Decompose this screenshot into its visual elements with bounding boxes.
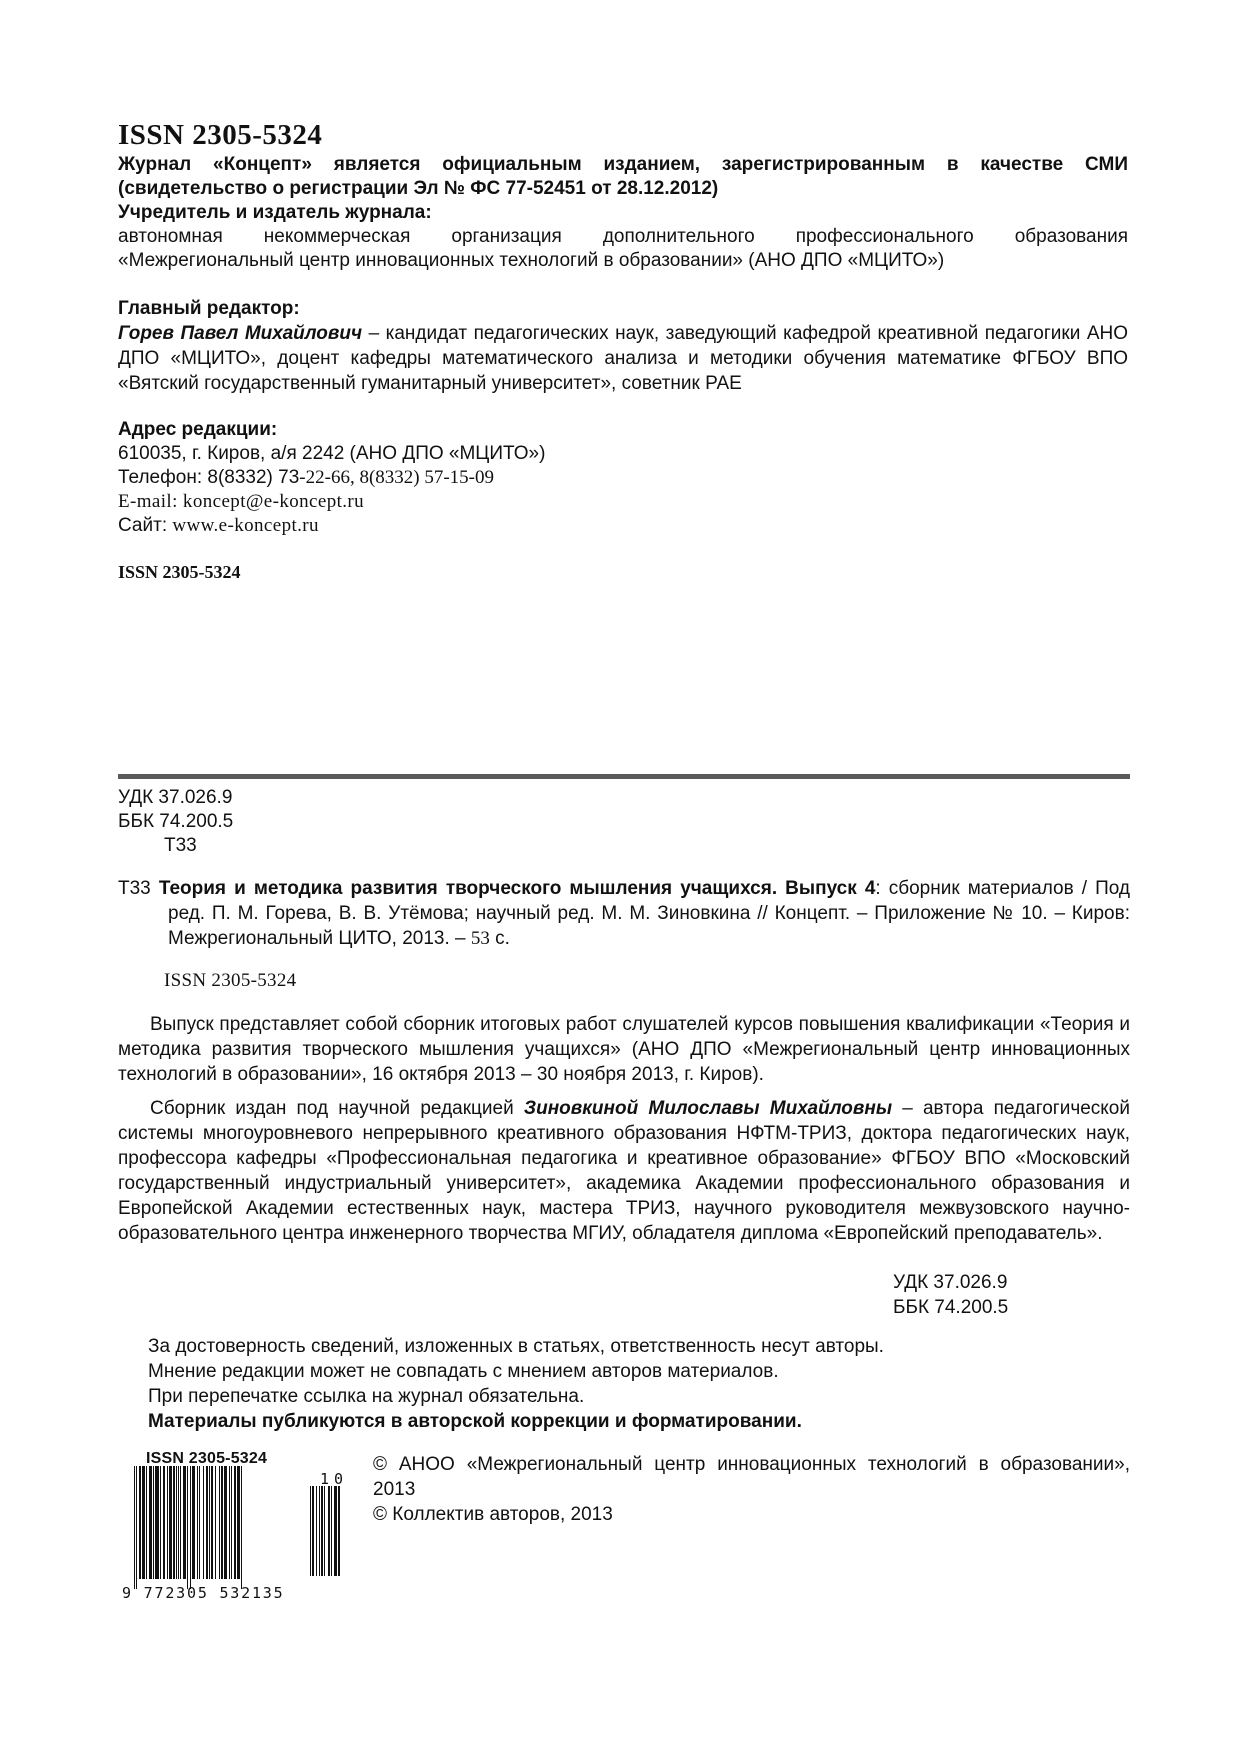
- note-1: За достоверность сведений, изложенных в …: [148, 1334, 884, 1359]
- copyright-block: © АНОО «Межрегиональный центр инновацион…: [373, 1452, 1130, 1527]
- address-block: Адрес редакции: 610035, г. Киров, а/я 22…: [118, 418, 1128, 584]
- registration-line-1: Журнал «Концепт» является официальным из…: [118, 153, 1128, 177]
- note-3: При перепечатке ссылка на журнал обязате…: [148, 1384, 884, 1409]
- editor-block: Главный редактор: Горев Павел Михайлович…: [118, 296, 1128, 396]
- address-issn: ISSN 2305-5324: [118, 560, 1128, 584]
- address-label: Адрес редакции:: [118, 418, 1128, 442]
- classification-indexes: УДК 37.026.9 ББК 74.200.5 Т33: [118, 786, 233, 858]
- site-link[interactable]: www.e-koncept.ru: [172, 515, 319, 536]
- editor-description: Горев Павел Михайлович – кандидат педаго…: [118, 321, 1128, 396]
- barcode-digits: 9 772305 532135: [122, 1584, 284, 1602]
- bibliographic-issn: ISSN 2305-5324: [164, 970, 296, 992]
- note-4: Материалы публикуются в авторской коррек…: [148, 1409, 884, 1434]
- copyright-organization: © АНОО «Межрегиональный центр инновацион…: [373, 1452, 1130, 1502]
- copyright-authors: © Коллектив авторов, 2013: [373, 1502, 1130, 1527]
- address-postal: 610035, г. Киров, а/я 2242 (АНО ДПО «МЦИ…: [118, 442, 1128, 466]
- disclaimer-notes: За достоверность сведений, изложенных в …: [148, 1334, 884, 1434]
- address-phone: Телефон: 8(8332) 73-22-66, 8(8332) 57-15…: [118, 466, 1128, 490]
- bibliographic-record: Т33 Теория и методика развития творческо…: [118, 876, 1130, 951]
- address-email[interactable]: E-mail: koncept@e-koncept.ru: [118, 490, 1128, 514]
- document-page: ISSN 2305-5324 Журнал «Концепт» является…: [0, 0, 1241, 1754]
- registration-block: Журнал «Концепт» является официальным из…: [118, 153, 1128, 273]
- issn-barcode: ISSN 2305-5324 10 9 772305 532135: [118, 1450, 363, 1600]
- bbk-index: ББК 74.200.5: [118, 810, 233, 834]
- classification-right: УДК 37.026.9 ББК 74.200.5: [893, 1270, 1008, 1320]
- bibliographic-entry: Т33 Теория и методика развития творческо…: [118, 876, 1130, 951]
- editor-label: Главный редактор:: [118, 296, 1128, 321]
- abstract-paragraph-1: Выпуск представляет собой сборник итогов…: [118, 1012, 1130, 1087]
- barcode-bars-icon: [134, 1466, 290, 1589]
- editor-name: Горев Павел Михайлович: [118, 323, 362, 344]
- author-mark: Т33: [118, 834, 233, 858]
- abstract-paragraph-2: Сборник издан под научной редакцией Зино…: [118, 1096, 1130, 1246]
- bbk-index-right: ББК 74.200.5: [893, 1295, 1008, 1320]
- registration-line-2: (свидетельство о регистрации Эл № ФС 77-…: [118, 177, 1128, 201]
- founder-line-2: «Межрегиональный центр инновационных тех…: [118, 249, 1128, 273]
- scientific-editor-name: Зиновкиной Милославы Михайловны: [524, 1098, 892, 1119]
- section-divider: [118, 774, 1130, 779]
- founder-line-1: автономная некоммерческая организация до…: [118, 225, 1128, 249]
- note-2: Мнение редакции может не совпадать с мне…: [148, 1359, 884, 1384]
- udk-index: УДК 37.026.9: [118, 786, 233, 810]
- founder-label: Учредитель и издатель журнала:: [118, 201, 1128, 225]
- barcode-addon-bars-icon: [310, 1486, 344, 1586]
- issn-heading: ISSN 2305-5324: [118, 118, 322, 152]
- collection-title: Теория и методика развития творческого м…: [159, 878, 876, 899]
- udk-index-right: УДК 37.026.9: [893, 1270, 1008, 1295]
- address-site: Сайт: www.e-koncept.ru: [118, 514, 1128, 538]
